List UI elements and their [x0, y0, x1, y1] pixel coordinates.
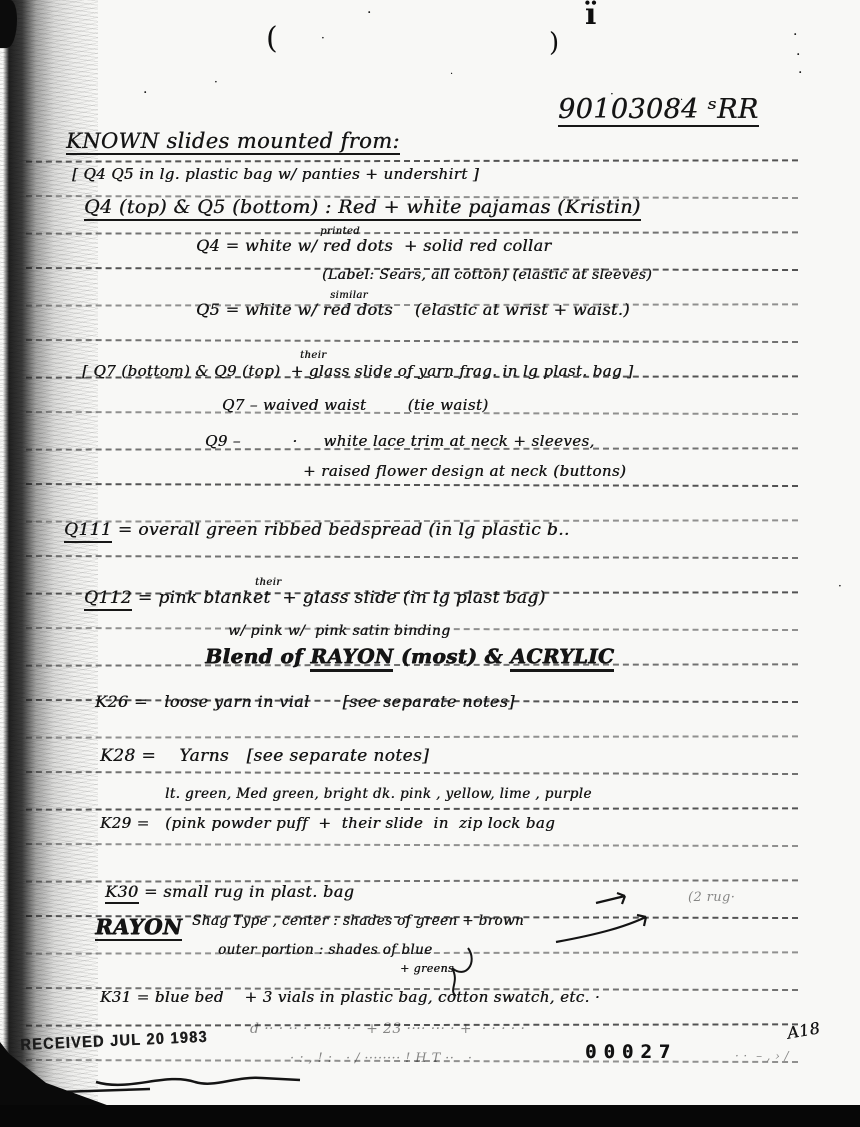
- arrow-stroke: [556, 917, 646, 942]
- note-line-q9: Q9 – · white lace trim at neck + sleeves…: [205, 434, 595, 450]
- note-line-greens: + greens: [400, 963, 454, 975]
- scan-speck: ): [549, 30, 559, 56]
- scanned-notebook-page: 90103084 ˢRRKNOWN slides mounted from:[ …: [0, 0, 860, 1127]
- note-segment: RAYON: [310, 644, 393, 672]
- note-line-outer: outer portion : shades of blue: [218, 943, 432, 957]
- scan-speck: ·: [838, 580, 842, 592]
- note-line-shag: Shag Type , center : shades of green + b…: [192, 914, 524, 928]
- note-segment: ACRYLIC: [510, 644, 614, 672]
- signature-scribble: [96, 1078, 300, 1085]
- note-line-q5: Q5 = white w/ red dots (elastic at wrist…: [196, 302, 630, 319]
- note-line-blend: Blend of RAYON (most) & ACRYLIC: [205, 646, 614, 667]
- note-line-q4-label: (Label: Sears, all cotton) (elastic at s…: [322, 268, 652, 283]
- scan-speck: ·: [610, 88, 614, 100]
- scan-speck: ·: [321, 32, 325, 44]
- note-line-q112b: w/ pink w/ pink satin binding: [228, 624, 451, 639]
- note-line-k26: K26 = loose yarn in vial [see separate n…: [95, 694, 515, 711]
- page-number: 00027: [585, 1043, 677, 1063]
- note-line-q4q5-header: Q4 (top) & Q5 (bottom) : Red + white paj…: [84, 198, 641, 221]
- note-line-q7q9-bag: [ Q7 (bottom) & Q9 (top) + glass slide o…: [82, 364, 633, 380]
- scan-edge-bottom: [0, 1105, 860, 1127]
- note-line-faint-3: · · – , › /: [735, 1050, 789, 1063]
- scan-speck: ï: [585, 0, 596, 30]
- note-line-q9b: + raised flower design at neck (buttons): [303, 464, 626, 480]
- superscript-their-1: their: [300, 351, 326, 362]
- scan-speck: ·: [680, 96, 683, 106]
- scan-speck: ·: [796, 48, 800, 62]
- note-line-k30-right: (2 rug·: [688, 891, 735, 905]
- note-segment: = overall green ribbed bedspread (in lg …: [112, 520, 570, 540]
- note-segment: Q112: [84, 588, 132, 611]
- note-segment: = small rug in plast. bag: [139, 882, 355, 901]
- scan-speck: ·: [793, 28, 797, 42]
- scan-speck: ·: [798, 66, 802, 80]
- note-line-q111: Q111 = overall green ribbed bedspread (i…: [64, 522, 570, 540]
- note-line-rayon: RAYON: [95, 916, 182, 941]
- note-segment: = pink blanket + glass slide (in lg plas…: [132, 588, 546, 608]
- note-line-faint-2: · : , ! : · / ········ ! H T ·· ·: [290, 1052, 472, 1066]
- stamp-underline-stroke: [58, 1089, 150, 1092]
- note-line-faint-1: d ·· · ·· · ··· · ·· + 23 ···· ··· · + ·…: [250, 1022, 525, 1037]
- note-segment: Blend of: [205, 644, 310, 668]
- note-line-q4q5-bag: [ Q4 Q5 in lg. plastic bag w/ panties + …: [72, 167, 479, 183]
- scan-speck: ·: [143, 86, 147, 100]
- note-line-k28-colors: lt. green, Med green, bright dk. pink , …: [165, 787, 592, 801]
- scan-speck: ·: [450, 70, 453, 80]
- note-segment: Q111: [64, 520, 112, 543]
- page-title: KNOWN slides mounted from:: [66, 130, 400, 155]
- note-line-k29: K29 = (pink powder puff + their slide in…: [100, 816, 555, 832]
- scan-speck: (: [266, 24, 278, 54]
- scan-speck: ·: [214, 76, 218, 88]
- note-line-k28: K28 = Yarns [see separate notes]: [100, 748, 429, 766]
- note-line-q7: Q7 – waived waist (tie waist): [222, 398, 489, 414]
- doc-number: 90103084 ˢRR: [558, 96, 759, 127]
- note-segment: K30: [105, 882, 139, 904]
- note-line-k30: K30 = small rug in plast. bag: [105, 884, 354, 901]
- scan-speck: ·: [367, 6, 371, 20]
- k30-arrow: [596, 893, 625, 904]
- note-line-k31: K31 = blue bed + 3 vials in plastic bag,…: [100, 990, 600, 1006]
- note-line-q4: Q4 = white w/ red dots + solid red colla…: [196, 238, 551, 255]
- note-segment: (most) &: [393, 644, 510, 668]
- note-line-q112: Q112 = pink blanket + glass slide (in lg…: [84, 590, 546, 608]
- superscript-their-2: their: [255, 578, 281, 589]
